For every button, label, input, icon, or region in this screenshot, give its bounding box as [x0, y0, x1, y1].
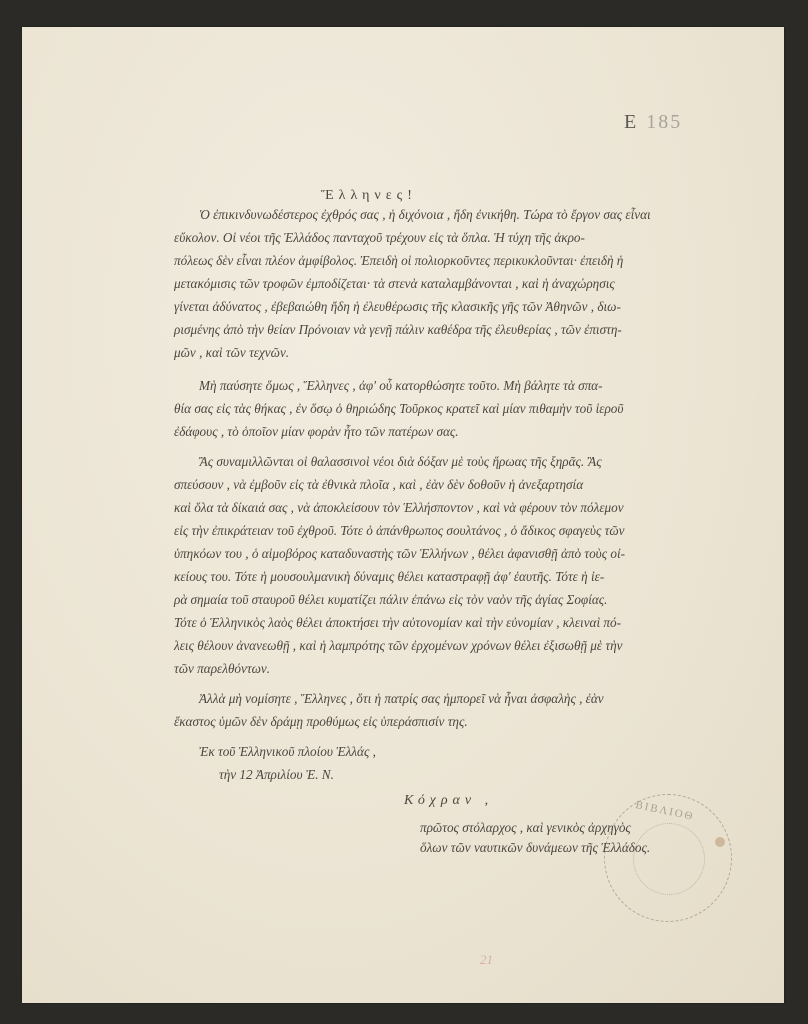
text-line: καὶ ὅλα τὰ δίκαιά σας , νὰ ἀποκλείσουν τ…	[174, 500, 624, 516]
text-line: ὑπηκόων του , ὁ αἱμοβόρος καταδυναστὴς τ…	[174, 546, 625, 562]
text-line: ρισμένης ἀπὸ τὴν θείαν Πρόνοιαν νὰ γενῇ …	[174, 322, 622, 338]
text-line: μετακόμισις τῶν τροφῶν ἐμποδίζεται· τὰ σ…	[174, 276, 615, 292]
text-line: Ἀλλὰ μὴ νομίσητε , Ἕλληνες , ὅτι ἡ πατρί…	[199, 691, 604, 707]
text-line: τῶν παρελθόντων.	[174, 661, 270, 677]
stamp-inner-ring	[633, 823, 705, 895]
signature-name: Κόχραν ,	[404, 793, 493, 809]
date-line: τὴν 12 Ἀπριλίου Ἐ. Ν.	[219, 767, 334, 783]
document-page: E185 Ἕλληνες! Ὁ ἐπικινδυνωδέστερος ἐχθρό…	[22, 27, 784, 1003]
stamp-text: ΒΙΒΛΙΟΘ	[634, 799, 695, 823]
text-line: Μὴ παύσητε ὅμως , Ἕλληνες , ἀφ' οὗ κατορ…	[199, 378, 603, 394]
text-line: εἰς τὴν ἐπικράτειαν τοῦ ἐχθροῦ. Τότε ὁ ἀ…	[174, 523, 625, 539]
shelfmark: E185	[624, 111, 682, 134]
text-line: ἐδάφους , τὸ ὁποῖον μίαν φορὰν ἦτο τῶν π…	[174, 424, 459, 440]
text-line: σπεύσουν , νὰ ἐμβοῦν εἰς τὰ ἐθνικὰ πλοῖα…	[174, 477, 583, 493]
text-line: Τότε ὁ Ἑλληνικὸς λαὸς θέλει ἀποκτήσει τὴ…	[174, 615, 621, 631]
pencil-mark: 21	[480, 952, 493, 968]
shelfmark-number: 185	[646, 111, 682, 133]
text-line: γίνεται ἀδύνατος , ἐβεβαιώθη ἤδη ἡ ἐλευθ…	[174, 299, 621, 315]
text-line: Ὁ ἐπικινδυνωδέστερος ἐχθρός σας , ἡ διχό…	[199, 207, 651, 223]
signature-title-line-1: πρῶτος στόλαρχος , καὶ γενικὸς ἀρχηγὸς	[420, 820, 631, 836]
text-line: λεις θέλουν ἀνανεωθῇ , καὶ ἡ λαμπρότης τ…	[174, 638, 623, 654]
text-line: κείους του. Τότε ἡ μουσουλμανικὴ δύναμις…	[174, 569, 604, 585]
text-line: ρὰ σημαία τοῦ σταυροῦ θέλει κυματίζει πά…	[174, 592, 607, 608]
text-line: πόλεως δὲν εἶναι πλέον ἀμφίβολος. Ἐπειδὴ…	[174, 253, 623, 269]
text-line: θία σας εἰς τὰς θήκας , ἐν ὅσῳ ὁ θηριώδη…	[174, 401, 623, 417]
text-line: μῶν , καὶ τῶν τεχνῶν.	[174, 345, 289, 361]
text-line: εὔκολον. Οἱ νέοι τῆς Ἑλλάδος πανταχοῦ τρ…	[174, 230, 585, 246]
foxing-spot	[715, 837, 725, 847]
place-line: Ἐκ τοῦ Ἑλληνικοῦ πλοίου Ἑλλάς ,	[199, 744, 376, 760]
text-line: Ἂς συναμιλλῶνται οἱ θαλασσινοὶ νέοι διὰ …	[199, 454, 602, 470]
library-stamp: ΒΙΒΛΙΟΘ	[604, 794, 732, 922]
document-heading: Ἕλληνες!	[321, 188, 417, 204]
text-line: ἕκαστος ὑμῶν δὲν δράμῃ προθύμως εἰς ὑπερ…	[174, 714, 468, 730]
shelfmark-letter: E	[624, 111, 638, 133]
